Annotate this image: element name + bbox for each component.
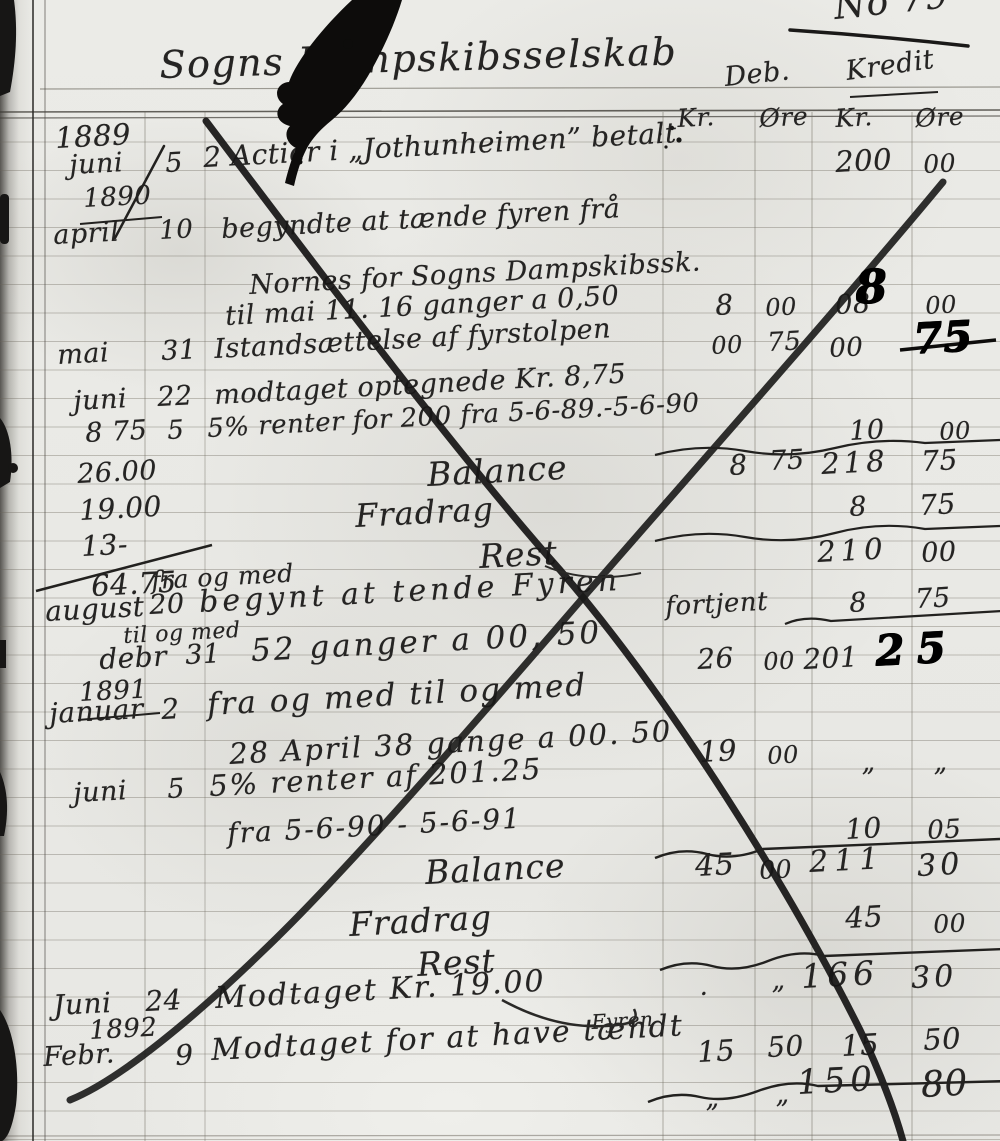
amount-credit-ore: 00: [933, 910, 967, 937]
fradrag-label: Fradrag: [354, 493, 494, 532]
amount-credit-kr: 45: [844, 902, 883, 933]
entry-month: juni: [73, 777, 128, 807]
inserted-word: Fyren: [591, 1009, 654, 1032]
book-binding-edge: [0, 0, 34, 1141]
amount-credit-ore: 30: [916, 850, 964, 882]
amount-debit-ore: 00: [759, 856, 793, 883]
overwritten-amount: 75: [912, 315, 974, 360]
overwritten-amount: 8: [854, 262, 889, 310]
margin-sum-value: 26.00: [77, 457, 158, 488]
page-number: No 79: [832, 0, 951, 26]
amount-credit-kr: 166: [800, 956, 880, 993]
amount-credit-ore: 75: [915, 584, 952, 613]
fradrag-label: Fradrag: [348, 901, 493, 941]
amount-credit-ore: 30: [910, 962, 958, 994]
amount-credit-kr: 8: [849, 493, 868, 521]
entry-text-continued: fra 5-6-90 - 5-6-91: [227, 805, 523, 848]
amount-debit-kr: 19: [698, 736, 737, 767]
amount-credit-kr: 150: [796, 1062, 878, 1100]
entry-text: Modtaget Kr. 19.00: [214, 967, 546, 1014]
amount-credit-ore: 05: [927, 816, 962, 844]
amount-credit-ore: 00: [923, 150, 957, 177]
amount-credit-ore: 75: [921, 446, 959, 476]
amount-debit-kr: 8: [729, 451, 749, 480]
margin-amount: 8 75: [85, 417, 148, 447]
balance-label: Balance: [424, 849, 566, 889]
entry-day: 10: [159, 216, 194, 244]
amount-credit-kr: 00: [829, 334, 864, 362]
amount-debit-ore: 00: [765, 294, 798, 320]
ditto-mark: .: [699, 974, 709, 1000]
margin-sum-value: 19.00: [79, 493, 163, 525]
entry-text: 52 ganger a 00, 50: [250, 618, 603, 667]
entry-day: 22: [157, 382, 194, 411]
col-header-debit-ore: Øre: [759, 103, 809, 131]
debit-label: Deb.: [723, 57, 791, 91]
balance-label: Balance: [426, 451, 568, 491]
entry-month: januar: [49, 695, 145, 728]
amount-credit-kr: 218: [820, 447, 889, 479]
amount-credit-kr: 10: [849, 416, 886, 445]
credit-label: Kredit: [844, 46, 936, 85]
debit-note: fortjent: [665, 589, 769, 620]
amount-credit-kr: 210: [816, 534, 888, 567]
col-header-debit-kr: Kr.: [677, 104, 716, 131]
amount-credit-kr: 211: [808, 844, 885, 878]
amount-debit-ore: 00: [763, 648, 796, 674]
entry-day: 31: [185, 640, 222, 669]
entry-text: begyndte at tænde fyren frå: [221, 195, 621, 243]
page-number-underline: [790, 30, 968, 46]
entry-month: juni: [73, 385, 128, 415]
entry-day: 5: [167, 417, 185, 444]
amount-debit-kr: 26: [697, 644, 735, 674]
entry-text: 2 Actier i „Jothunheimen” betalt: [203, 119, 678, 172]
amount-debit-ore: 75: [769, 446, 806, 475]
amount-credit-kr: 8: [849, 589, 868, 617]
entry-month: april: [53, 219, 120, 249]
amount-credit-ore: 80: [920, 1066, 969, 1104]
entry-day: 5: [167, 775, 186, 803]
bottom-rule: [0, 1135, 1000, 1136]
amount-credit-ore: 00: [921, 538, 958, 567]
total-underline: [785, 611, 1000, 624]
amount-debit-kr: 00: [711, 332, 744, 358]
amount-credit-ore: 00: [939, 418, 972, 444]
col-header-credit-ore: Øre: [915, 103, 965, 131]
credit-label-underline: [850, 92, 938, 97]
ditto-mark: „: [933, 749, 948, 776]
ink-blot-speck: [352, 85, 358, 91]
amount-credit-ore: 75: [919, 490, 957, 520]
amount-credit-kr: 201: [803, 643, 859, 674]
entry-month: Febr.: [43, 1040, 116, 1071]
amount-debit-kr: 45: [694, 850, 735, 882]
entry-day: 31: [161, 336, 198, 365]
amount-debit-ore: 00: [767, 742, 800, 768]
ledger-page: No 79 Sogns Dampskibsselskab Deb. Kredit…: [0, 0, 1000, 1141]
amount-credit-kr: 15: [840, 1030, 879, 1061]
entry-month: juni: [69, 149, 124, 179]
year-1890: 1890: [83, 182, 152, 212]
entry-month: august: [45, 593, 146, 626]
entry-day: 24: [145, 986, 183, 1016]
entry-day: 20: [149, 590, 186, 619]
entry-text: fra og med til og med: [206, 670, 588, 721]
ditto-mark: „: [775, 1081, 790, 1108]
amount-credit-kr: 10: [845, 814, 883, 844]
entry-day: 9: [175, 1041, 195, 1070]
ditto-mark: „: [771, 967, 786, 994]
entry-month: mai: [57, 339, 110, 369]
amount-debit-kr: 15: [696, 1036, 735, 1067]
ditto-mark: „: [861, 749, 876, 776]
entry-month: debr: [99, 642, 168, 674]
amount-credit-ore: 50: [922, 1024, 961, 1055]
page-title: Sogns Dampskibsselskab: [159, 32, 678, 84]
amount-debit-ore: 50: [767, 1032, 805, 1062]
amount-debit-kr: 8: [715, 291, 735, 320]
ditto-mark: „: [705, 1085, 720, 1112]
amount-debit-ore: 75: [767, 328, 802, 356]
amount-credit-kr: 200: [834, 145, 892, 177]
entry-day: 2: [161, 695, 181, 724]
title-rule: [40, 87, 1000, 89]
col-header-credit-kr: Kr.: [835, 104, 874, 131]
overwritten-amount: 25: [874, 626, 959, 672]
margin-sum-value: 13-: [81, 531, 129, 561]
entry-day: 5: [165, 149, 184, 177]
